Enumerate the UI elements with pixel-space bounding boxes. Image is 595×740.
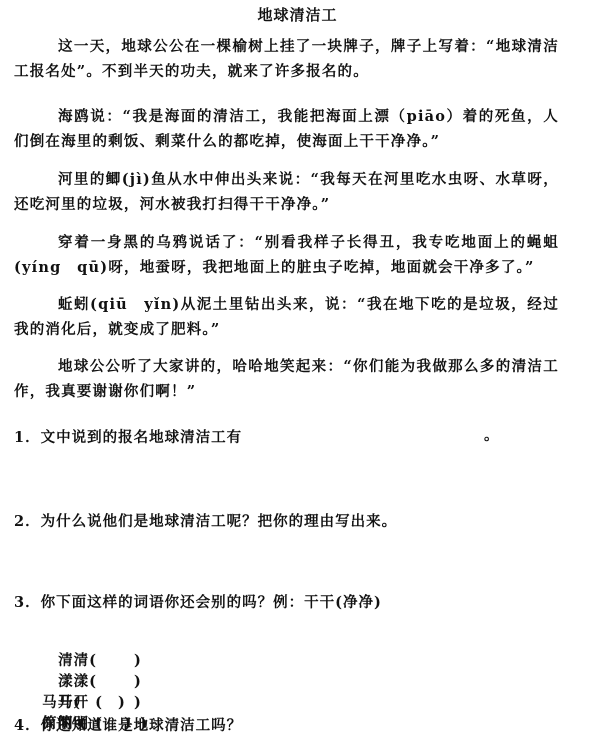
question-1-end-mark: 。 bbox=[484, 424, 499, 445]
word-blank: 清清( ) bbox=[58, 649, 158, 670]
word-blank: 马马( ) bbox=[42, 691, 142, 712]
question-3: 3．你下面这样的词语你还会别的吗？例：干干(净净) bbox=[14, 591, 382, 612]
paragraph-crow: 穿着一身黑的乌鸦说话了：“别看我样子长得丑，我专吃地面上的蝇蛆(yíng qū)… bbox=[14, 230, 559, 280]
paragraph-intro: 这一天，地球公公在一棵榆树上挂了一块牌子，牌子上写着：“地球清洁工报名处”。不到… bbox=[14, 34, 559, 84]
question-4: 4．你还知道谁是地球清洁工吗？ bbox=[14, 714, 242, 735]
document-title: 地球清洁工 bbox=[0, 4, 595, 25]
paragraph-grandpa-earth: 地球公公听了大家讲的，哈哈地笑起来：“你们能为我做那么多的清洁工作，我真要谢谢你… bbox=[14, 354, 559, 404]
paragraph-earthworm: 蚯蚓(qiū yǐn)从泥土里钻出头来，说：“我在地下吃的是垃圾，经过我的消化后… bbox=[14, 292, 559, 342]
paragraph-crucian-carp: 河里的鲫(jì)鱼从水中伸出头来说：“我每天在河里吃水虫呀、水草呀，还吃河里的垃… bbox=[14, 167, 559, 217]
question-1: 1．文中说到的报名地球清洁工有 bbox=[14, 426, 242, 447]
paragraph-seagull: 海鸥说：“我是海面的清洁工，我能把海面上漂（piāo）着的死鱼，人们倒在海里的剩… bbox=[14, 104, 559, 154]
question-2: 2．为什么说他们是地球清洁工呢？把你的理由写出来。 bbox=[14, 510, 397, 531]
